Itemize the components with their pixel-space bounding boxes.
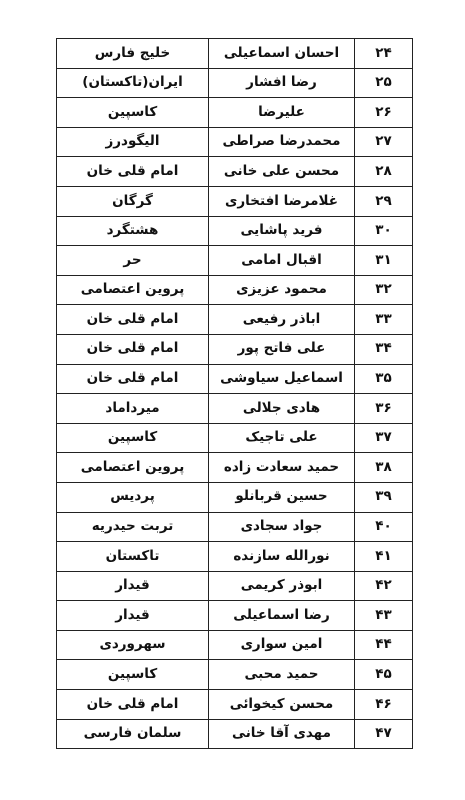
table-row: ۲۹غلامرضا افتخاریگرگان <box>57 186 413 216</box>
row-number: ۳۸ <box>355 453 413 483</box>
school-name: تربت حیدریه <box>57 512 209 542</box>
school-name: پروین اعتصامی <box>57 453 209 483</box>
person-name: علیرضا <box>209 98 355 128</box>
row-number: ۳۹ <box>355 482 413 512</box>
row-number: ۳۳ <box>355 305 413 335</box>
person-name: جواد سجادی <box>209 512 355 542</box>
school-name: پروین اعتصامی <box>57 275 209 305</box>
row-number: ۴۱ <box>355 542 413 572</box>
table-row: ۴۴امین سواریسهروردی <box>57 630 413 660</box>
row-number: ۴۷ <box>355 719 413 749</box>
row-number: ۲۶ <box>355 98 413 128</box>
table-row: ۳۱اقبال امامیحر <box>57 246 413 276</box>
row-number: ۳۴ <box>355 334 413 364</box>
table-row: ۳۰فرید پاشاییهشتگرد <box>57 216 413 246</box>
person-name: حمید سعادت زاده <box>209 453 355 483</box>
school-name: هشتگرد <box>57 216 209 246</box>
person-name: محمود عزیزی <box>209 275 355 305</box>
school-name: امام قلی خان <box>57 305 209 335</box>
table-row: ۲۶علیرضاکاسپین <box>57 98 413 128</box>
school-name: کاسپین <box>57 423 209 453</box>
table-row: ۳۴علی فاتح پورامام قلی خان <box>57 334 413 364</box>
person-name: نورالله سازنده <box>209 542 355 572</box>
table-row: ۲۷محمدرضا صراطیالیگودرز <box>57 127 413 157</box>
person-name: احسان اسماعیلی <box>209 39 355 69</box>
person-name: فرید پاشایی <box>209 216 355 246</box>
table-row: ۲۸محسن علی خانیامام قلی خان <box>57 157 413 187</box>
row-number: ۲۸ <box>355 157 413 187</box>
table-row: ۴۲ابوذر کریمیقیدار <box>57 571 413 601</box>
roster-table-body: ۲۴احسان اسماعیلیخلیج فارس ۲۵رضا افشارایر… <box>57 39 413 749</box>
row-number: ۳۵ <box>355 364 413 394</box>
table-row: ۳۶هادی جلالیمیرداماد <box>57 394 413 424</box>
document-page: ۲۴احسان اسماعیلیخلیج فارس ۲۵رضا افشارایر… <box>0 0 465 800</box>
table-row: ۴۶محسن کیخوائیامام قلی خان <box>57 690 413 720</box>
person-name: علی فاتح پور <box>209 334 355 364</box>
person-name: غلامرضا افتخاری <box>209 186 355 216</box>
school-name: گرگان <box>57 186 209 216</box>
person-name: اسماعیل سیاوشی <box>209 364 355 394</box>
person-name: اقبال امامی <box>209 246 355 276</box>
school-name: کاسپین <box>57 98 209 128</box>
school-name: میرداماد <box>57 394 209 424</box>
roster-table: ۲۴احسان اسماعیلیخلیج فارس ۲۵رضا افشارایر… <box>56 38 413 749</box>
person-name: رضا اسماعیلی <box>209 601 355 631</box>
school-name: تاکستان <box>57 542 209 572</box>
table-row: ۴۵حمید محبیکاسپین <box>57 660 413 690</box>
school-name: قیدار <box>57 601 209 631</box>
person-name: امین سواری <box>209 630 355 660</box>
school-name: حر <box>57 246 209 276</box>
row-number: ۴۵ <box>355 660 413 690</box>
school-name: کاسپین <box>57 660 209 690</box>
person-name: محسن کیخوائی <box>209 690 355 720</box>
table-row: ۳۲محمود عزیزیپروین اعتصامی <box>57 275 413 305</box>
table-row: ۳۹حسین قربانلوپردیس <box>57 482 413 512</box>
row-number: ۳۲ <box>355 275 413 305</box>
table-row: ۳۷علی تاجیککاسپین <box>57 423 413 453</box>
person-name: حسین قربانلو <box>209 482 355 512</box>
person-name: هادی جلالی <box>209 394 355 424</box>
row-number: ۳۰ <box>355 216 413 246</box>
table-row: ۳۵اسماعیل سیاوشیامام قلی خان <box>57 364 413 394</box>
table-row: ۴۱نورالله سازندهتاکستان <box>57 542 413 572</box>
row-number: ۲۴ <box>355 39 413 69</box>
row-number: ۲۹ <box>355 186 413 216</box>
person-name: رضا افشار <box>209 68 355 98</box>
table-row: ۴۳رضا اسماعیلیقیدار <box>57 601 413 631</box>
table-row: ۴۰جواد سجادیتربت حیدریه <box>57 512 413 542</box>
table-row: ۴۷مهدی آقا خانیسلمان فارسی <box>57 719 413 749</box>
row-number: ۴۴ <box>355 630 413 660</box>
school-name: سهروردی <box>57 630 209 660</box>
row-number: ۳۱ <box>355 246 413 276</box>
row-number: ۴۶ <box>355 690 413 720</box>
school-name: الیگودرز <box>57 127 209 157</box>
table-row: ۲۴احسان اسماعیلیخلیج فارس <box>57 39 413 69</box>
school-name: سلمان فارسی <box>57 719 209 749</box>
person-name: محمدرضا صراطی <box>209 127 355 157</box>
person-name: حمید محبی <box>209 660 355 690</box>
table-row: ۲۵رضا افشارایران(تاکستان) <box>57 68 413 98</box>
person-name: اباذر رفیعی <box>209 305 355 335</box>
school-name: قیدار <box>57 571 209 601</box>
school-name: خلیج فارس <box>57 39 209 69</box>
person-name: ابوذر کریمی <box>209 571 355 601</box>
row-number: ۴۰ <box>355 512 413 542</box>
row-number: ۳۷ <box>355 423 413 453</box>
school-name: امام قلی خان <box>57 334 209 364</box>
school-name: امام قلی خان <box>57 364 209 394</box>
school-name: امام قلی خان <box>57 690 209 720</box>
table-row: ۳۳اباذر رفیعیامام قلی خان <box>57 305 413 335</box>
row-number: ۴۲ <box>355 571 413 601</box>
row-number: ۲۷ <box>355 127 413 157</box>
person-name: علی تاجیک <box>209 423 355 453</box>
person-name: محسن علی خانی <box>209 157 355 187</box>
person-name: مهدی آقا خانی <box>209 719 355 749</box>
school-name: پردیس <box>57 482 209 512</box>
school-name: امام قلی خان <box>57 157 209 187</box>
row-number: ۴۳ <box>355 601 413 631</box>
table-row: ۳۸حمید سعادت زادهپروین اعتصامی <box>57 453 413 483</box>
row-number: ۳۶ <box>355 394 413 424</box>
row-number: ۲۵ <box>355 68 413 98</box>
school-name: ایران(تاکستان) <box>57 68 209 98</box>
